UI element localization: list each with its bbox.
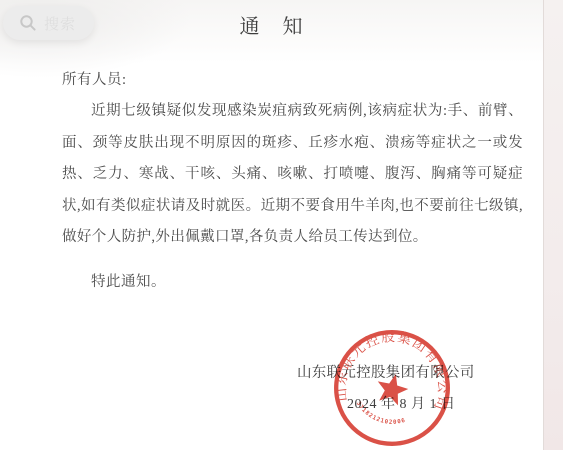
seal-star bbox=[373, 370, 411, 407]
notice-salutation: 所有人员: bbox=[62, 68, 127, 89]
notice-body: 近期七级镇疑似发现感染炭疽病致死病例,该病症状为:手、前臂、面、颈等皮肤出现不明… bbox=[62, 96, 523, 254]
notice-photo-page: { "search_overlay": { "label": "搜索", "ic… bbox=[0, 0, 563, 450]
company-seal-stamp: 山东联元控股集团有限公司 3718212102006 bbox=[325, 321, 459, 450]
notice-title: 通 知 bbox=[0, 10, 543, 39]
seal-serial: 3718212102006 bbox=[353, 400, 408, 427]
notice-closing: 特此通知。 bbox=[62, 267, 523, 299]
photo-edge-strip bbox=[543, 0, 563, 450]
